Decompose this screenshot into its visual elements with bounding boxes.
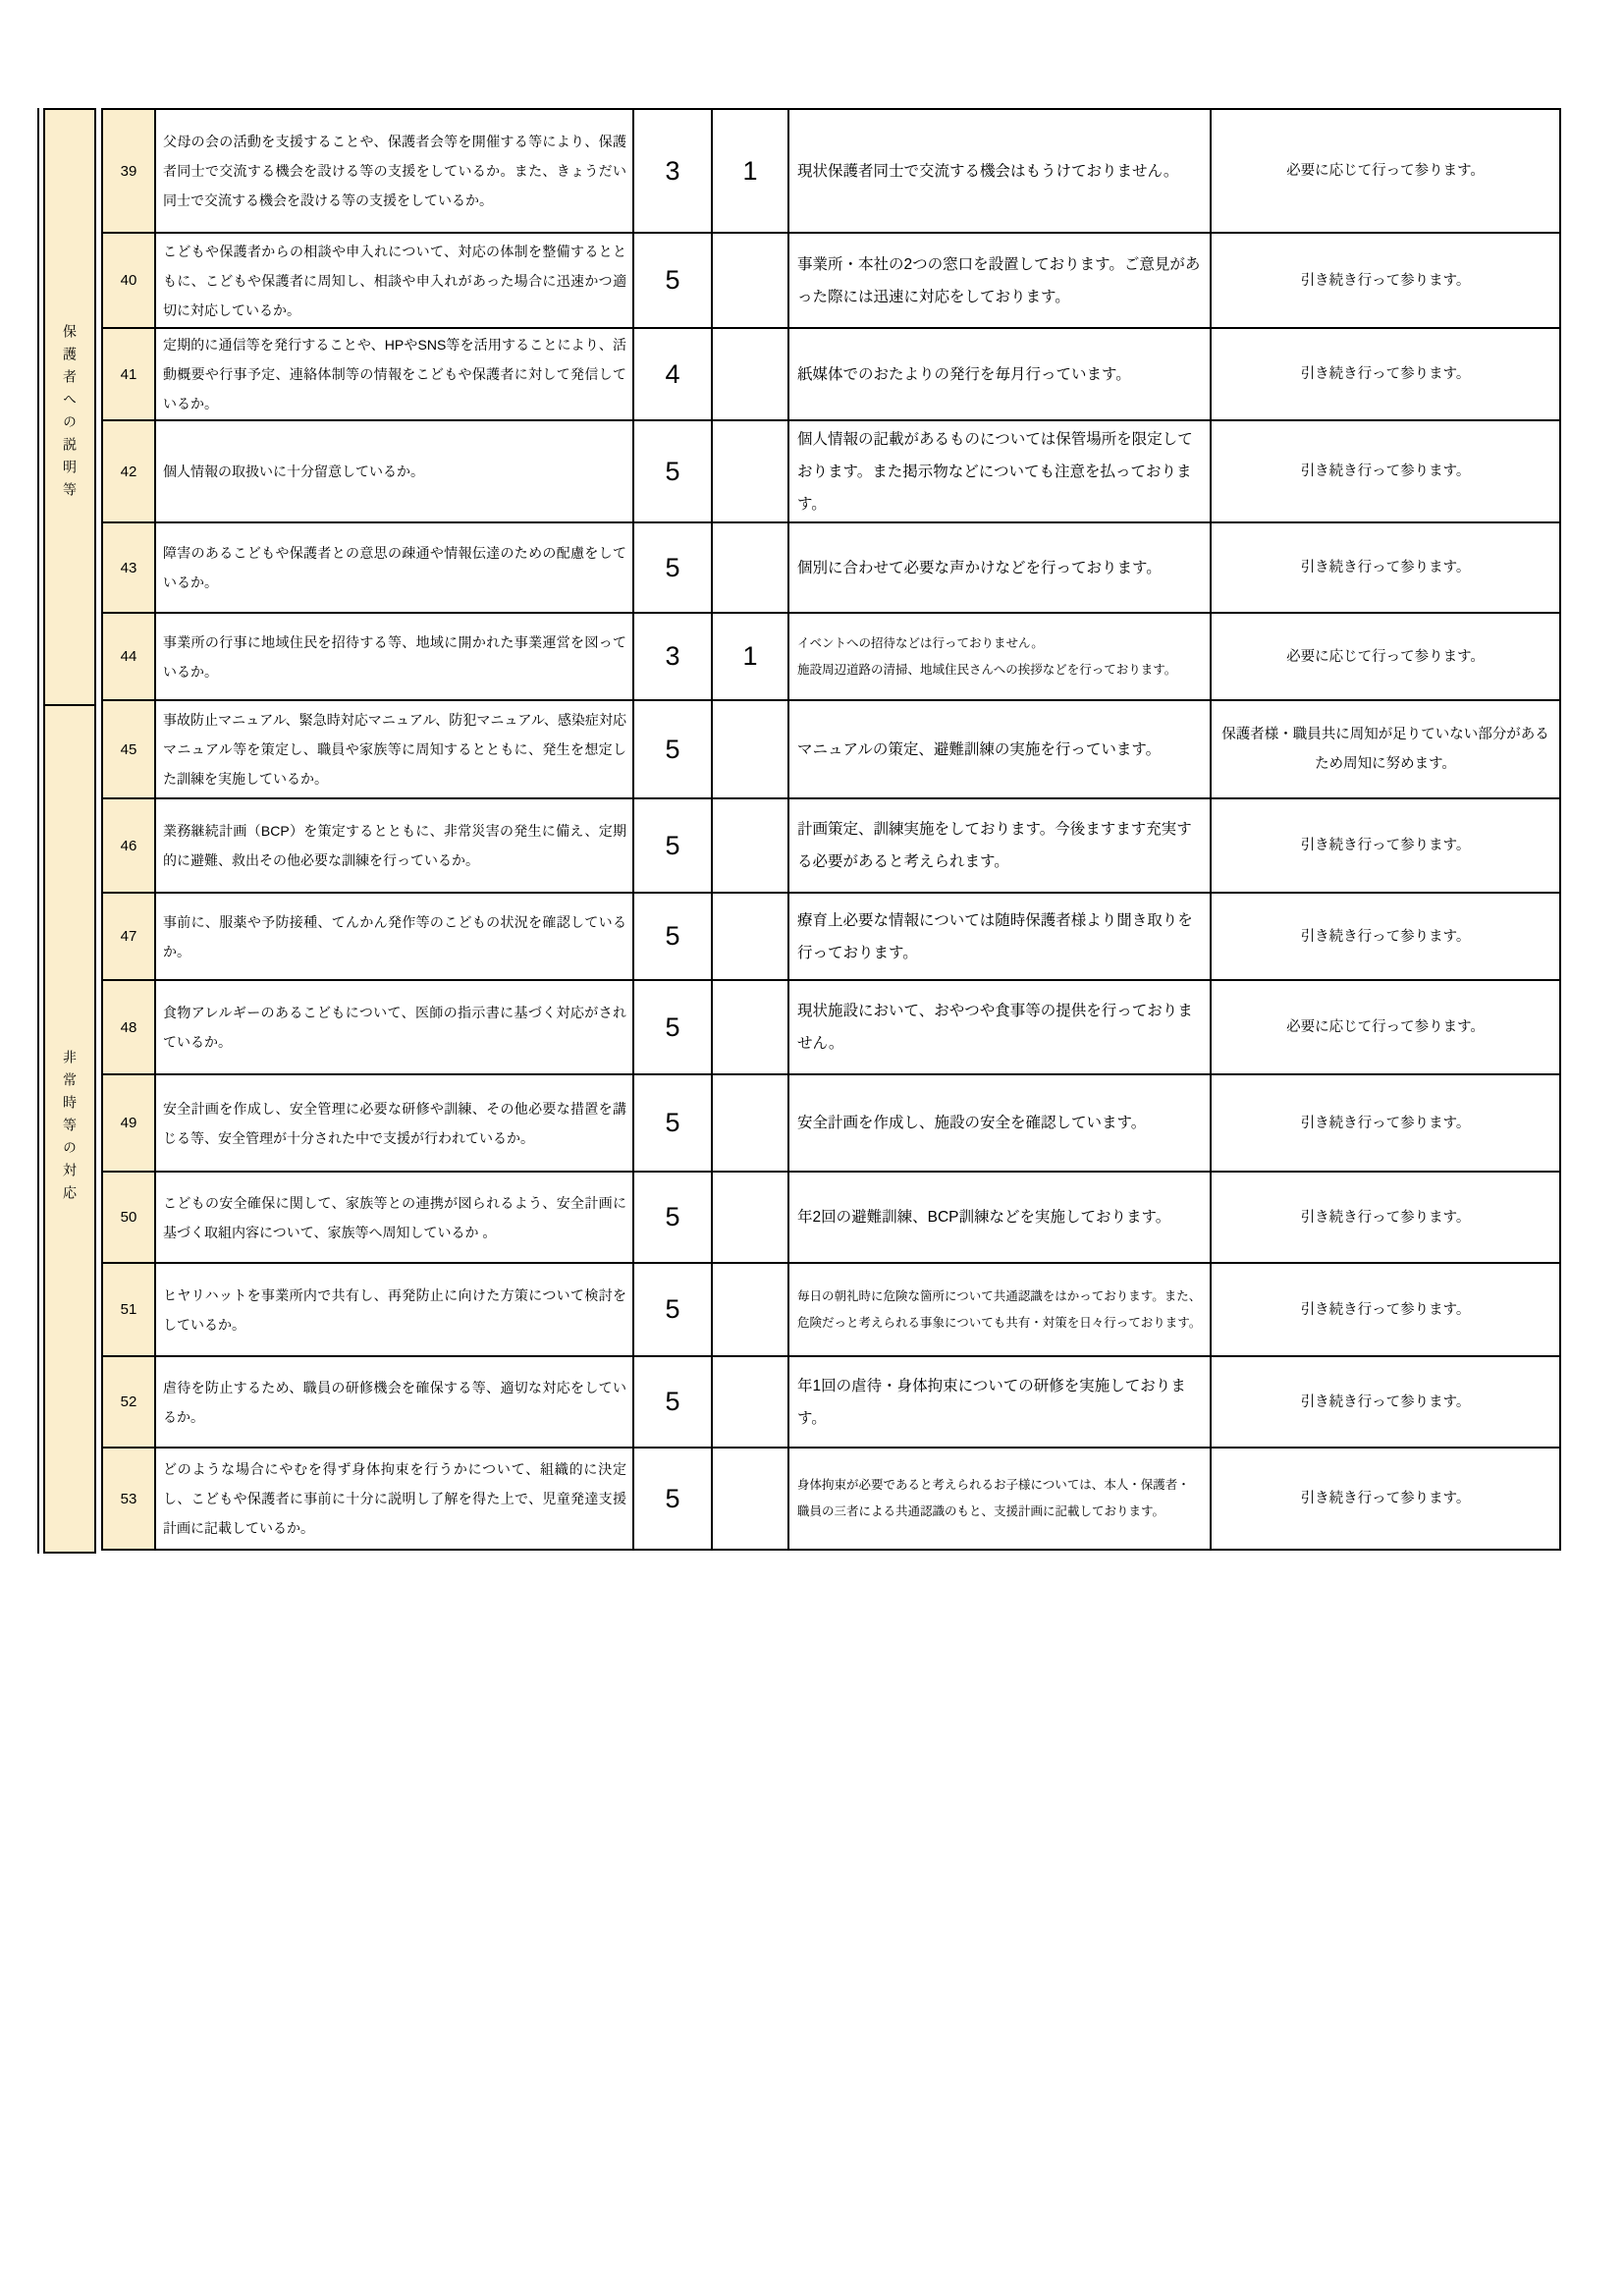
status-comment: 年2回の避難訓練、BCP訓練などを実施しております。 — [789, 1173, 1210, 1262]
status-comment: 個別に合わせて必要な声かけなどを行っております。 — [789, 523, 1210, 612]
status-comment: 年1回の虐待・身体拘束についての研修を実施しております。 — [789, 1357, 1210, 1447]
improvement-comment: 引き続き行って参ります。 — [1212, 421, 1559, 521]
self-score: 5 — [634, 1173, 711, 1262]
question-text: 定期的に通信等を発行することや、HPやSNS等を活用することにより、活動概要や行… — [156, 329, 632, 419]
improvement-comment: 必要に応じて行って参ります。 — [1212, 981, 1559, 1073]
self-score: 5 — [634, 523, 711, 612]
self-score: 5 — [634, 894, 711, 979]
question-text: 事故防止マニュアル、緊急時対応マニュアル、防犯マニュアル、感染症対応マニュアル等… — [156, 701, 632, 797]
secondary-score — [713, 523, 787, 612]
question-text: 安全計画を作成し、安全管理に必要な研修や訓練、その他必要な措置を講じる等、安全管… — [156, 1075, 632, 1171]
improvement-comment: 必要に応じて行って参ります。 — [1212, 110, 1559, 232]
improvement-comment: 引き続き行って参ります。 — [1212, 523, 1559, 612]
question-text: 事業所の行事に地域住民を招待する等、地域に開かれた事業運営を図っているか。 — [156, 614, 632, 699]
improvement-comment: 引き続き行って参ります。 — [1212, 1075, 1559, 1171]
evaluation-sheet-page: 保護者への説明等 非常時等の対応 39父母の会の活動を支援することや、保護者会等… — [0, 0, 1624, 2296]
secondary-score — [713, 1075, 787, 1171]
row-number: 41 — [103, 329, 154, 419]
row-number: 49 — [103, 1075, 154, 1171]
question-text: ヒヤリハットを事業所内で共有し、再発防止に向けた方策について検討をしているか。 — [156, 1264, 632, 1355]
secondary-score — [713, 421, 787, 521]
secondary-score: 1 — [713, 110, 787, 232]
row-number: 45 — [103, 701, 154, 797]
improvement-comment: 引き続き行って参ります。 — [1212, 234, 1559, 327]
improvement-comment: 保護者様・職員共に周知が足りていない部分があるため周知に努めます。 — [1212, 701, 1559, 797]
question-text: 障害のあるこどもや保護者との意思の疎通や情報伝達のための配慮をしているか。 — [156, 523, 632, 612]
self-score: 5 — [634, 1075, 711, 1171]
improvement-comment: 引き続き行って参ります。 — [1212, 1173, 1559, 1262]
secondary-score — [713, 1449, 787, 1549]
status-comment: 事業所・本社の2つの窓口を設置しております。ご意見があった際には迅速に対応をして… — [789, 234, 1210, 327]
self-score: 5 — [634, 1449, 711, 1549]
secondary-score — [713, 701, 787, 797]
status-comment: 身体拘束が必要であると考えられるお子様については、本人・保護者・職員の三者による… — [789, 1449, 1210, 1549]
status-comment: 現状施設において、おやつや食事等の提供を行っておりません。 — [789, 981, 1210, 1073]
secondary-score — [713, 1173, 787, 1262]
status-comment: イベントへの招待などは行っておりません。 施設周辺道路の清掃、地域住民さんへの挨… — [789, 614, 1210, 699]
row-number: 52 — [103, 1357, 154, 1447]
row-number: 51 — [103, 1264, 154, 1355]
question-text: 虐待を防止するため、職員の研修機会を確保する等、適切な対応をしているか。 — [156, 1357, 632, 1447]
question-text: こどもの安全確保に関して、家族等との連携が図られるよう、安全計画に基づく取組内容… — [156, 1173, 632, 1262]
improvement-comment: 引き続き行って参ります。 — [1212, 1357, 1559, 1447]
row-number: 43 — [103, 523, 154, 612]
self-score: 5 — [634, 1264, 711, 1355]
improvement-comment: 引き続き行って参ります。 — [1212, 894, 1559, 979]
question-text: どのような場合にやむを得ず身体拘束を行うかについて、組織的に決定し、こどもや保護… — [156, 1449, 632, 1549]
secondary-score — [713, 894, 787, 979]
row-number: 44 — [103, 614, 154, 699]
status-comment: 個人情報の記載があるものについては保管場所を限定しております。また掲示物などにつ… — [789, 421, 1210, 521]
row-number: 39 — [103, 110, 154, 232]
self-score: 4 — [634, 329, 711, 419]
improvement-comment: 引き続き行って参ります。 — [1212, 1264, 1559, 1355]
improvement-comment: 必要に応じて行って参ります。 — [1212, 614, 1559, 699]
improvement-comment: 引き続き行って参ります。 — [1212, 799, 1559, 892]
question-text: こどもや保護者からの相談や申入れについて、対応の体制を整備するとともに、こどもや… — [156, 234, 632, 327]
self-score: 5 — [634, 1357, 711, 1447]
question-text: 食物アレルギーのあるこどもについて、医師の指示書に基づく対応がされているか。 — [156, 981, 632, 1073]
secondary-score — [713, 799, 787, 892]
status-comment: 現状保護者同士で交流する機会はもうけておりません。 — [789, 110, 1210, 232]
category-column: 保護者への説明等 非常時等の対応 — [43, 108, 96, 1554]
question-text: 個人情報の取扱いに十分留意しているか。 — [156, 421, 632, 521]
secondary-score — [713, 1264, 787, 1355]
status-comment: 紙媒体でのおたよりの発行を毎月行っています。 — [789, 329, 1210, 419]
status-comment: 療育上必要な情報については随時保護者様より聞き取りを行っております。 — [789, 894, 1210, 979]
secondary-score — [713, 234, 787, 327]
question-text: 父母の会の活動を支援することや、保護者会等を開催する等により、保護者同士で交流す… — [156, 110, 632, 232]
self-score: 3 — [634, 614, 711, 699]
self-score: 5 — [634, 701, 711, 797]
status-comment: 安全計画を作成し、施設の安全を確認しています。 — [789, 1075, 1210, 1171]
evaluation-table: 39父母の会の活動を支援することや、保護者会等を開催する等により、保護者同士で交… — [101, 108, 1561, 1551]
self-score: 5 — [634, 421, 711, 521]
category-label-parent-explanation: 保護者への説明等 — [43, 108, 96, 706]
row-number: 48 — [103, 981, 154, 1073]
self-score: 5 — [634, 799, 711, 892]
row-number: 46 — [103, 799, 154, 892]
row-number: 40 — [103, 234, 154, 327]
row-number: 47 — [103, 894, 154, 979]
row-number: 50 — [103, 1173, 154, 1262]
status-comment: 計画策定、訓練実施をしております。今後ますます充実する必要があると考えられます。 — [789, 799, 1210, 892]
self-score: 5 — [634, 981, 711, 1073]
category-label-emergency-response: 非常時等の対応 — [43, 704, 96, 1554]
status-comment: 毎日の朝礼時に危険な箇所について共通認識をはかっております。また、危険だっと考え… — [789, 1264, 1210, 1355]
outer-left-rule — [37, 108, 39, 1554]
secondary-score: 1 — [713, 614, 787, 699]
status-comment: マニュアルの策定、避難訓練の実施を行っています。 — [789, 701, 1210, 797]
self-score: 5 — [634, 234, 711, 327]
secondary-score — [713, 1357, 787, 1447]
row-number: 53 — [103, 1449, 154, 1549]
secondary-score — [713, 981, 787, 1073]
question-text: 事前に、服薬や予防接種、てんかん発作等のこどもの状況を確認しているか。 — [156, 894, 632, 979]
question-text: 業務継続計画（BCP）を策定するとともに、非常災害の発生に備え、定期的に避難、救… — [156, 799, 632, 892]
self-score: 3 — [634, 110, 711, 232]
improvement-comment: 引き続き行って参ります。 — [1212, 1449, 1559, 1549]
row-number: 42 — [103, 421, 154, 521]
improvement-comment: 引き続き行って参ります。 — [1212, 329, 1559, 419]
secondary-score — [713, 329, 787, 419]
